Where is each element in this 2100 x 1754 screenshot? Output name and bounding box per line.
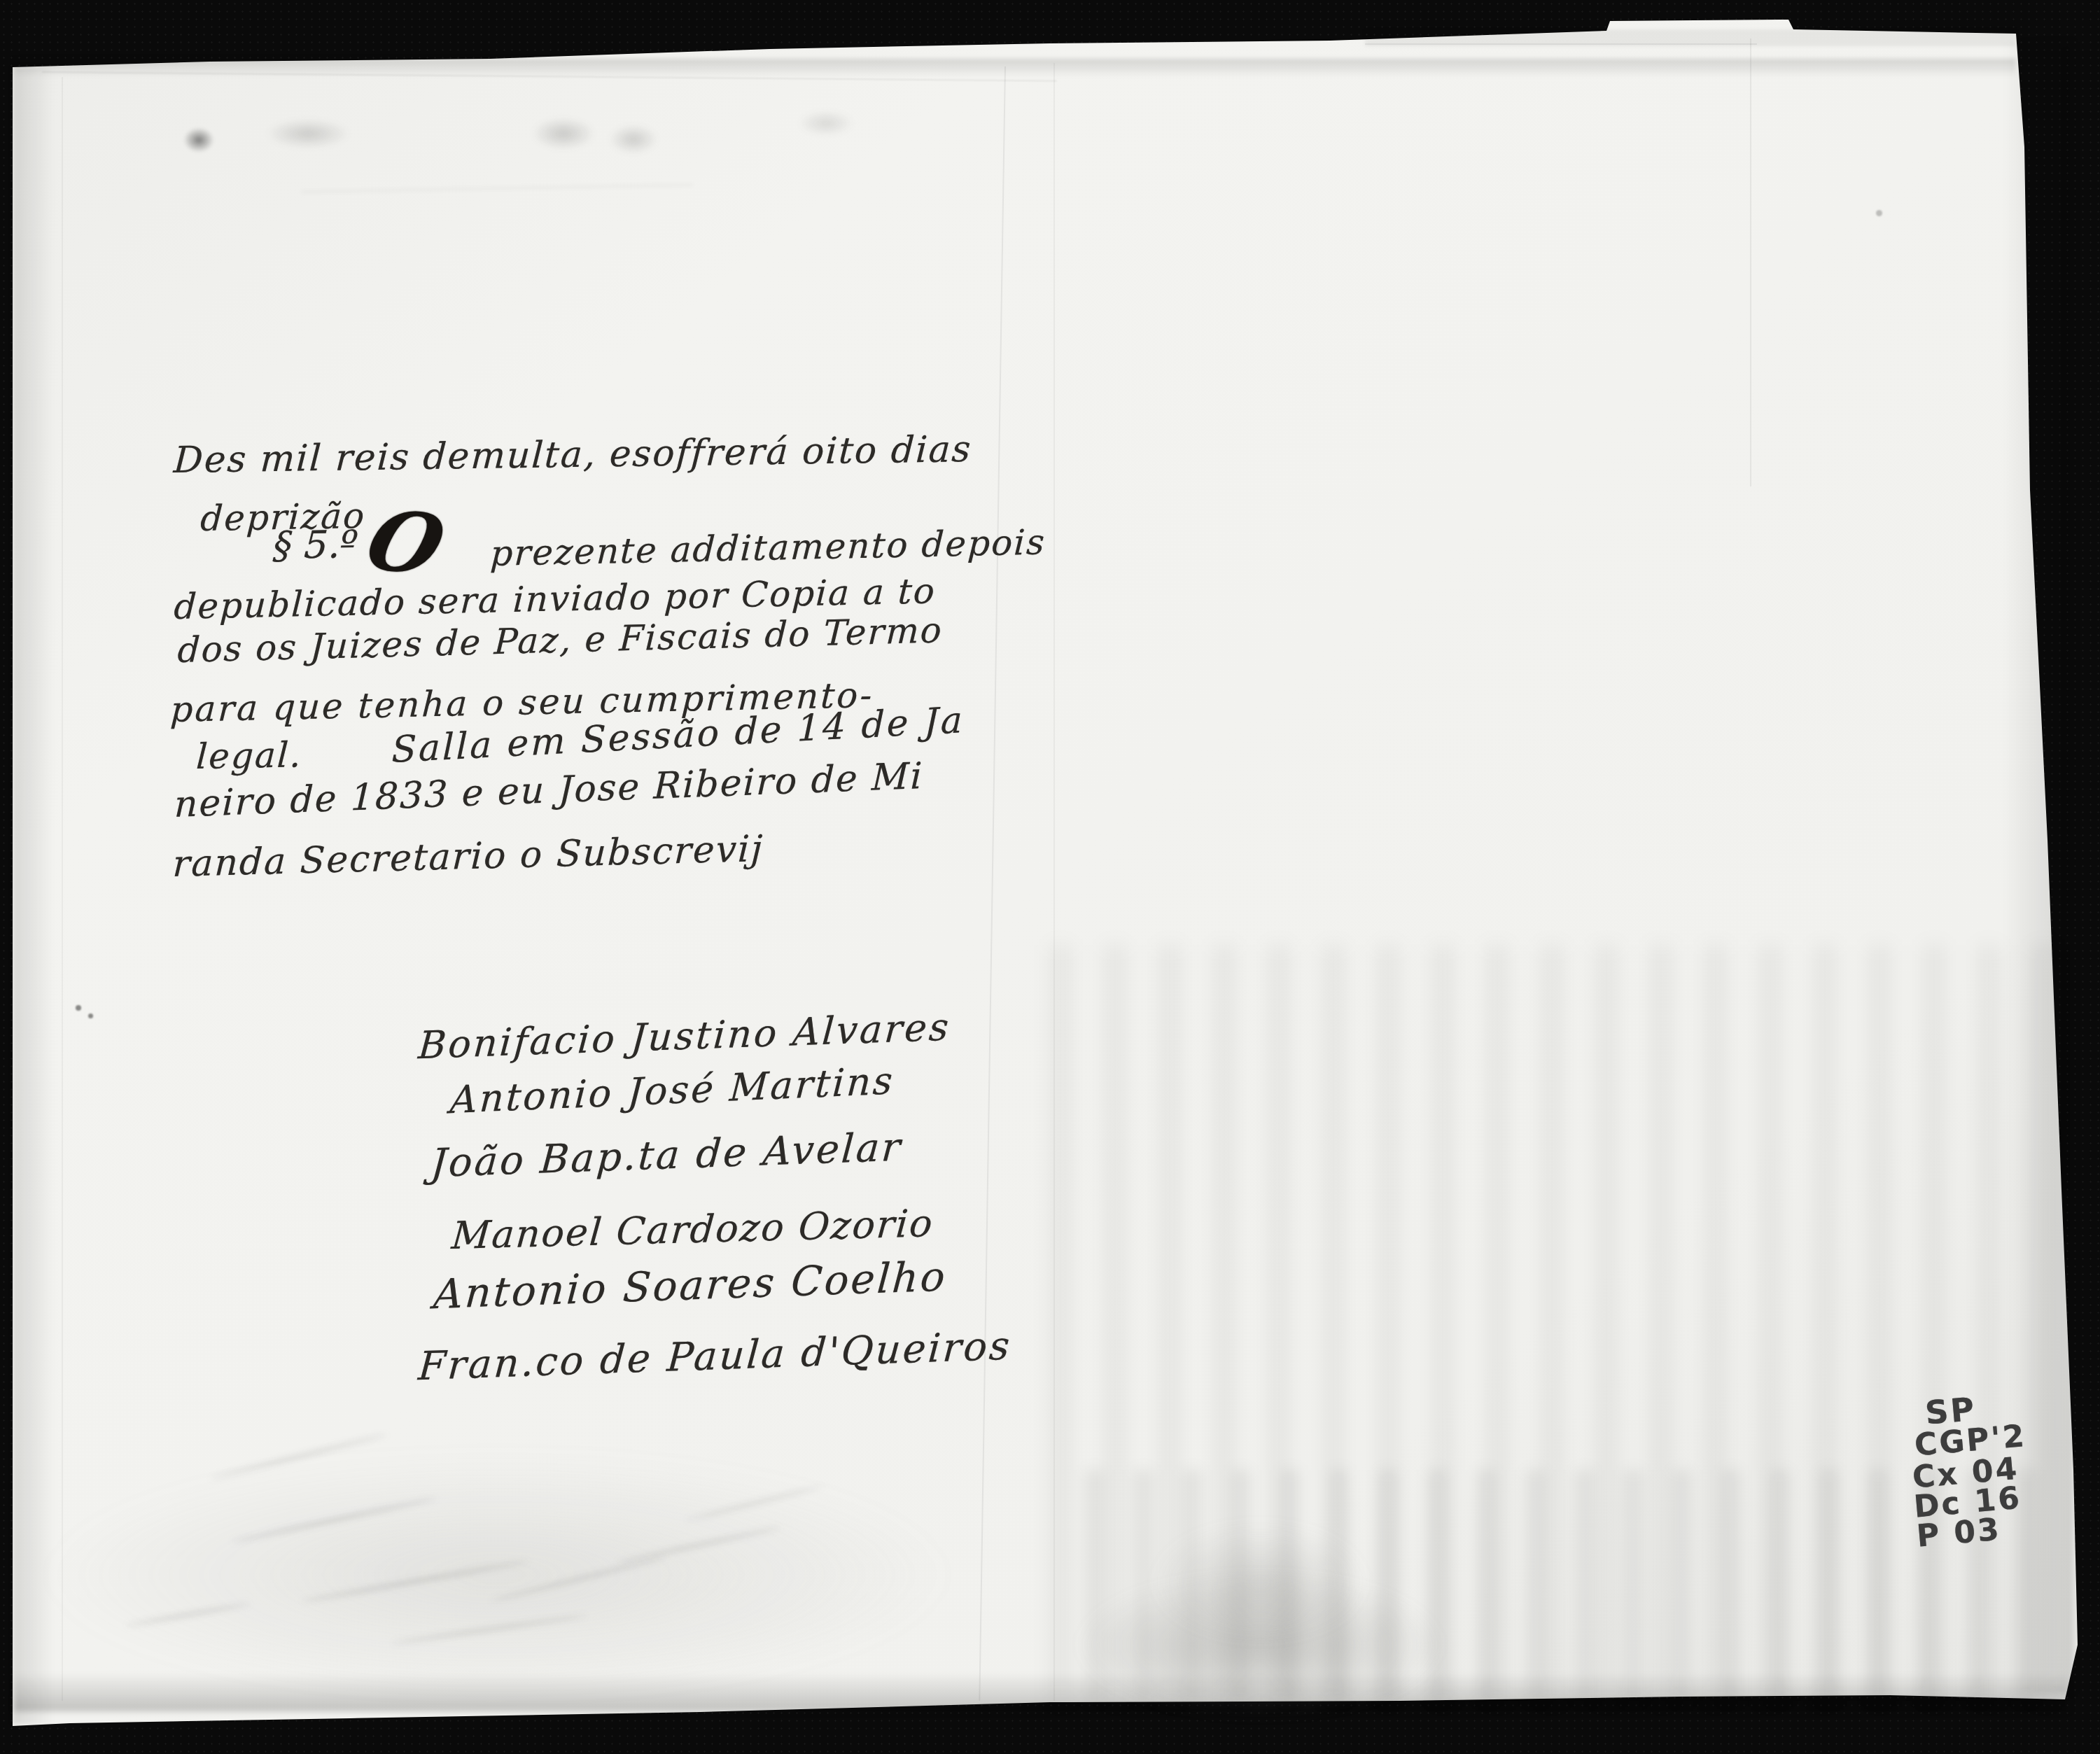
ink-dot xyxy=(1876,210,1882,216)
crease-top-right-horizontal xyxy=(1365,43,1757,45)
section-mark: § 5.º xyxy=(272,522,359,568)
fold-line-right-top xyxy=(1750,38,1751,486)
crease-left-vertical xyxy=(62,77,63,1701)
fold-line-center-2 xyxy=(1053,63,1055,1701)
manuscript-line-7a: legal. xyxy=(195,734,303,777)
scanned-document-page: Des mil reis demulta, esoffrerá oito dia… xyxy=(0,0,2100,1754)
archival-annotation-line-5: P 03 xyxy=(1915,1511,2003,1554)
ink-dot xyxy=(88,1013,93,1018)
ink-dot xyxy=(76,1005,81,1011)
